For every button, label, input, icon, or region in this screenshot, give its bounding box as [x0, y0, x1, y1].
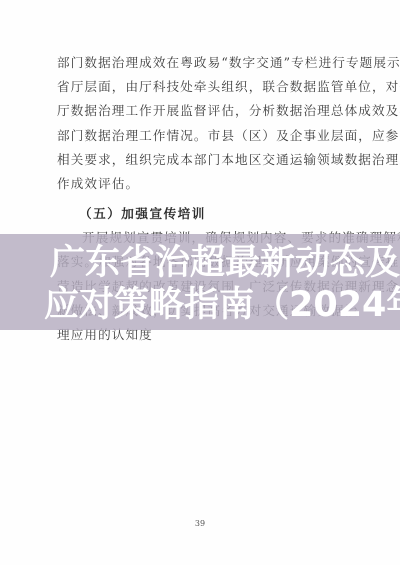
- paragraph-line: 部门数据治理工作情况。市县（区）及企事业层面，应参照: [57, 124, 339, 148]
- overlay-title-line-1: 广东省治超最新动态及: [0, 242, 400, 284]
- overlay-title: 广东省治超最新动态及 应对策略指南（2024年: [0, 234, 400, 330]
- overlay-title-line-2: 应对策略指南（2024年: [0, 284, 400, 326]
- title-overlay-band: 广东省治超最新动态及 应对策略指南（2024年: [0, 234, 400, 330]
- paragraph-line: 相关要求，组织完成本部门本地区交通运输领域数据治理工: [57, 148, 339, 172]
- paragraph-line: 作成效评估。: [57, 172, 339, 196]
- paragraph-line: 部门数据治理成效在粤政易“数字交通”专栏进行专题展示。: [57, 51, 339, 75]
- document-page: 部门数据治理成效在粤政易“数字交通”专栏进行专题展示。 省厅层面，由厅科技处牵头…: [0, 0, 400, 565]
- section-heading: （五）加强宣传培训: [57, 202, 339, 226]
- page-number: 39: [0, 519, 400, 528]
- paragraph-line: 厅数据治理工作开展监督评估，分析数据治理总体成效及各: [57, 99, 339, 123]
- paragraph-line: 省厅层面，由厅科技处牵头组织，联合数据监管单位，对全: [57, 75, 339, 99]
